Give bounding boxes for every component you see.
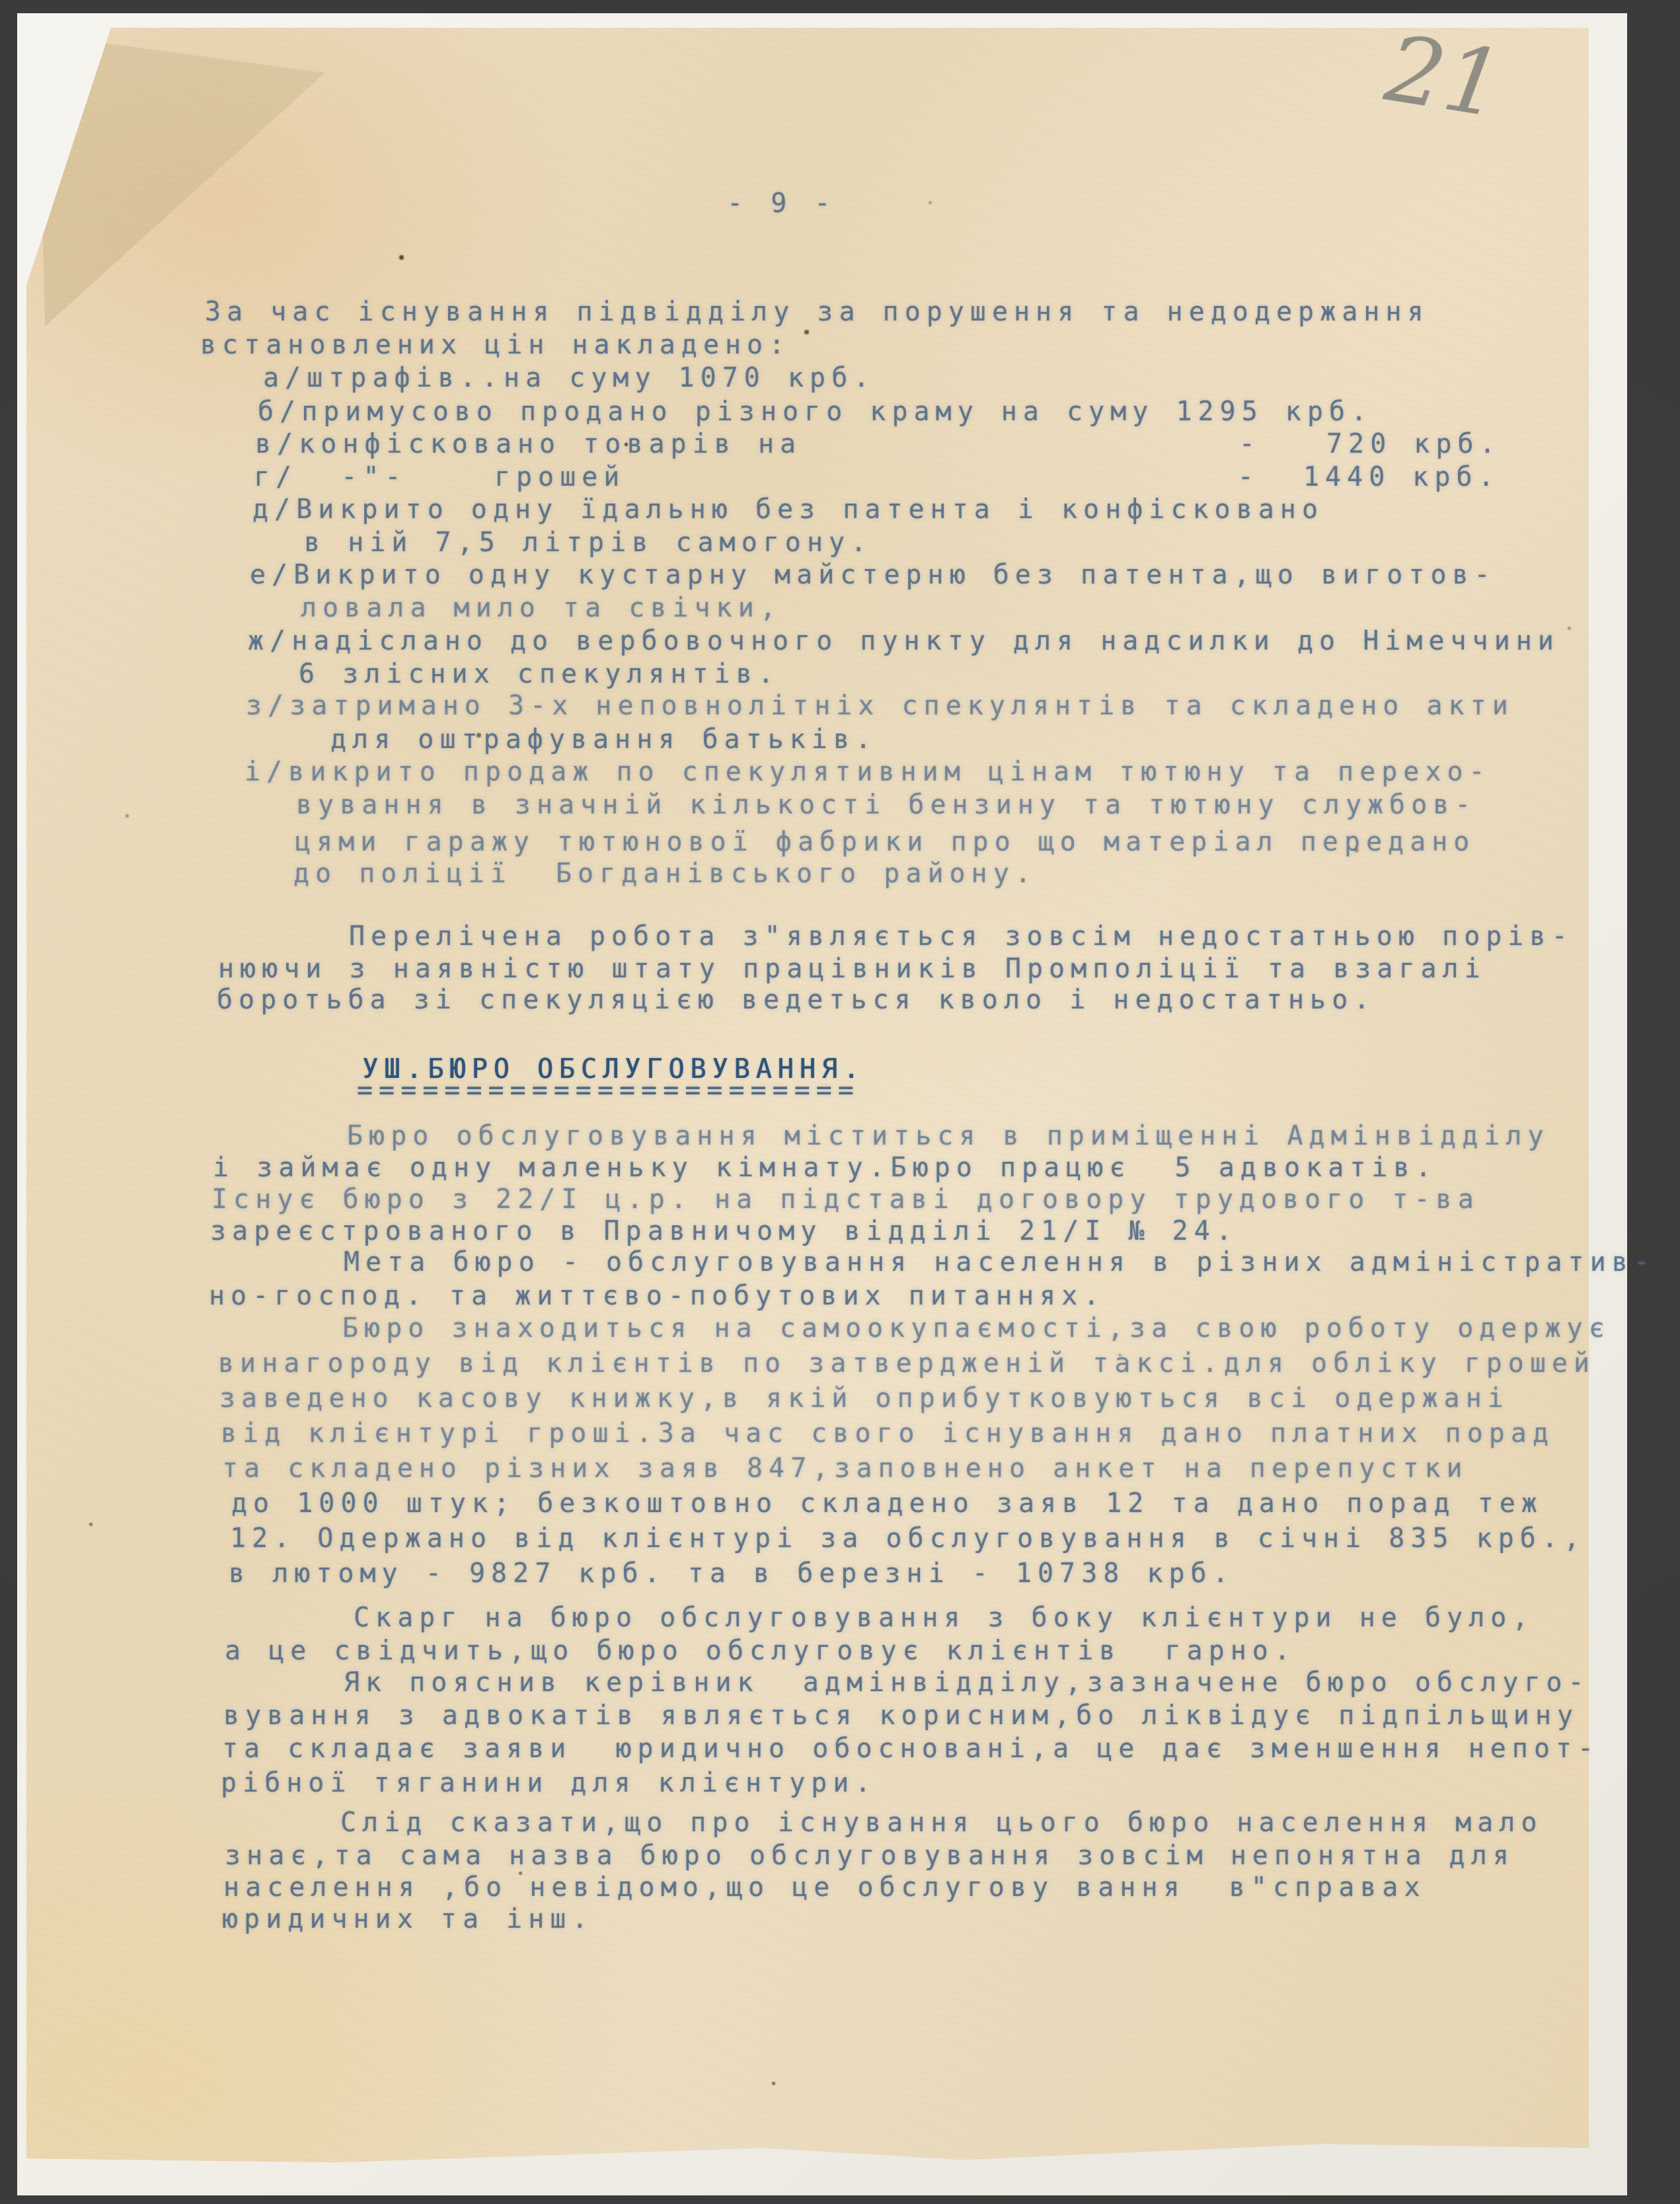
- typewritten-line: б/примусово продано різного краму на сум…: [258, 399, 1373, 425]
- typewritten-line: населення ,бо невідомо,що це обслугову в…: [223, 1874, 1426, 1901]
- typewritten-line: та складено різних заяв 847,заповнено ан…: [222, 1455, 1469, 1482]
- typewritten-line: а/штрафів..на суму 1070 крб.: [263, 365, 875, 391]
- typewritten-line: Перелічена робота з"являється зовсім нед…: [349, 923, 1574, 950]
- typewritten-line: За час існування підвідділу за порушення…: [205, 299, 1430, 325]
- typewritten-line: Як пояснив керівник адмінвідділу,зазначе…: [344, 1669, 1590, 1696]
- typewritten-line: заведено касову книжку,в якій оприбутков…: [219, 1385, 1509, 1412]
- typewritten-line: Мета бюро - обслуговування населення в р…: [344, 1249, 1656, 1275]
- typewritten-line: і займає одну маленьку кімнату.Бюро прац…: [213, 1155, 1437, 1181]
- typewritten-line: рібної тяганини для клієнтури.: [221, 1770, 876, 1796]
- typewritten-line: нюючи з наявністю штату працівників Пром…: [218, 956, 1486, 982]
- typewritten-line: Слід сказати,що про існування цього бюро…: [340, 1809, 1543, 1836]
- typewritten-line: в лютому - 9827 крб. та в березні - 1073…: [229, 1560, 1235, 1587]
- typewritten-line: 6 злісних спекулянтів.: [299, 661, 780, 687]
- typewritten-line: д/Викрито одну їдальню без патента і кон…: [252, 496, 1324, 523]
- typewritten-line: Скарг на бюро обслуговування з боку кліє…: [354, 1605, 1534, 1631]
- typewritten-line: для оштрафування батьків.: [330, 726, 877, 753]
- typewritten-line: з/затримано 3-х неповнолітніх спекулянті…: [246, 693, 1514, 719]
- typewritten-line: вування з адвокатів являється корисним,б…: [223, 1702, 1579, 1729]
- typewritten-line: юридичних та інш.: [222, 1906, 593, 1932]
- typewritten-line: встановлених цін накладено:: [200, 332, 790, 358]
- typewritten-line: боротьба зі спекуляцією ведеться кволо і…: [217, 987, 1375, 1013]
- typewritten-line: і/викрито продаж по спекулятивним цінам …: [245, 759, 1491, 785]
- typewritten-line: 12. Одержано від клієнтурі за обслуговув…: [230, 1525, 1585, 1552]
- typewritten-line: до 1000 штук; безкоштовно складено заяв …: [231, 1490, 1543, 1517]
- typewritten-line: но-господ. та життєво-побутових питаннях…: [209, 1283, 1105, 1309]
- typewritten-line: зареєстрованого в Правничому відділі 21/…: [210, 1218, 1238, 1244]
- typewritten-line: г/ -"- грошей - 1440 крб.: [254, 464, 1500, 490]
- typewritten-line: та складає заяви юридично обосновані,а ц…: [222, 1735, 1599, 1762]
- typewritten-line: ж/надіслано до вербовочного пункту для н…: [248, 628, 1560, 654]
- typewritten-line: до поліції Богданівського району.: [293, 860, 1037, 887]
- typewritten-line: вування в значній кількості бензину та т…: [296, 792, 1476, 818]
- typewritten-line: =======================: [357, 1077, 860, 1104]
- typewritten-line: Бюро знаходиться на самоокупаємості,за с…: [342, 1315, 1611, 1342]
- typewritten-text-layer: - 9 - За час існування підвідділу за пор…: [0, 0, 1680, 2204]
- typewritten-line: в/конфісковано товарів на - 720 крб.: [255, 431, 1502, 457]
- typewritten-line: винагороду від клієнтів по затвердженій …: [218, 1350, 1595, 1377]
- typewritten-line: знає,та сама назва бюро обслуговування з…: [225, 1843, 1515, 1869]
- typewritten-line: Існує бюро з 22/І ц.р. на підставі догов…: [211, 1186, 1480, 1213]
- typewritten-line: е/Викрито одну кустарну майстерню без па…: [250, 562, 1496, 588]
- page-number: - 9 -: [727, 190, 836, 217]
- typewritten-line: цями гаражу тютюнової фабрики про що мат…: [295, 829, 1475, 855]
- typewritten-line: Бюро обслуговування міститься в приміщен…: [347, 1123, 1550, 1149]
- folio-number-handwritten: 21: [1380, 23, 1509, 132]
- typewritten-line: в ній 7,5 літрів самогону.: [304, 529, 872, 556]
- typewritten-line: від клієнтурі гроші.За час свого існуван…: [221, 1420, 1554, 1447]
- scanner-background: - 9 - За час існування підвідділу за пор…: [0, 0, 1680, 2204]
- typewritten-line: а це свідчить,що бюро обслуговує клієнті…: [225, 1638, 1296, 1664]
- typewritten-line: ловала мило та свічки,: [301, 595, 782, 621]
